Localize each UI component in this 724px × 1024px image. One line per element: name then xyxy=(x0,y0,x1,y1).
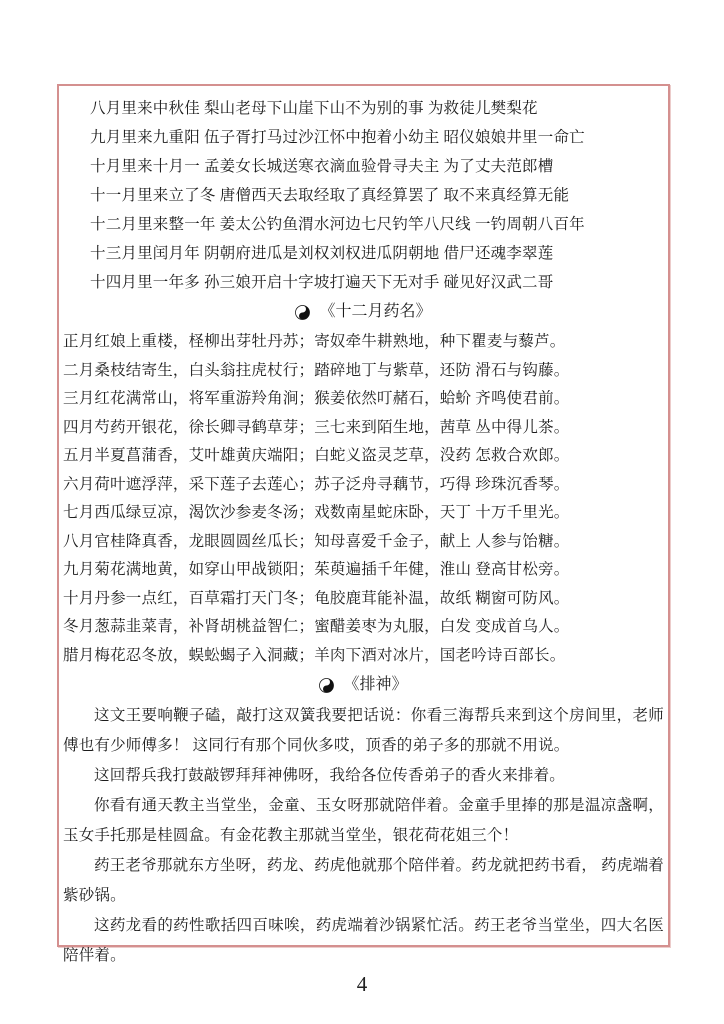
verse-line: 十三月里闰月年 阴朝府进瓜是刘权刘权进瓜阴朝地 借尸还魂李翠莲 xyxy=(63,239,664,268)
verse-line: 五月半夏菖蒲香，艾叶雄黄庆端阳；白蛇义盗灵芝草，没药 怎救合欢郎。 xyxy=(63,442,664,471)
section-title: 《排神》 xyxy=(343,673,407,697)
paragraph: 这文王要响鞭子磕，敲打这双簧我要把话说：你看三海帮兵来到这个房间里，老师傅也有少… xyxy=(63,701,664,761)
verse-line: 四月芍药开银花，徐长卿寻鹤草芽；三七来到陌生地，茜草 丛中得儿茶。 xyxy=(63,414,664,443)
document-page: 八月里来中秋佳 梨山老母下山崖下山不为别的事 为救徒儿樊梨花 九月里来九重阳 伍… xyxy=(0,0,724,1024)
verse-line: 八月里来中秋佳 梨山老母下山崖下山不为别的事 为救徒儿樊梨花 xyxy=(63,94,664,123)
verse-line: 十四月里一年多 孙三娘开启十字坡打遍天下无对手 碰见好汉武二哥 xyxy=(63,268,664,297)
medicine-verses-block: 正月红娘上重楼，柽柳出芽牡丹苏；寄奴牵牛耕熟地，种下瞿麦与藜芦。 二月桑枝结寄生… xyxy=(63,328,664,670)
verse-line: 十二月里来整一年 姜太公钓鱼渭水河边七尺钓竿八尺线 一钓周朝八百年 xyxy=(63,210,664,239)
paragraph: 药王老爷那就东方坐呀，药龙、药虎他就那个陪伴着。药龙就把药书看， 药虎端着紫砂锅… xyxy=(63,851,664,911)
section-heading-medicine: 《十二月药名》 xyxy=(63,300,664,324)
paragraph: 这药龙看的药性歌括四百味唉，药虎端着沙锅紧忙活。药王老爷当堂坐，四大名医陪伴着。 xyxy=(63,911,664,971)
page-number: 4 xyxy=(0,972,724,997)
taijitu-icon xyxy=(295,305,310,320)
verse-line: 腊月梅花忍冬放，蜈蚣蝎子入洞藏；羊肉下酒对冰片，国老吟诗百部长。 xyxy=(63,642,664,671)
section-title: 《十二月药名》 xyxy=(319,300,431,324)
verse-line: 九月里来九重阳 伍子胥打马过沙江怀中抱着小幼主 昭仪娘娘井里一命亡 xyxy=(63,123,664,152)
paragraph: 这回帮兵我打鼓敲锣拜拜神佛呀，我给各位传香弟子的香火来排着。 xyxy=(63,761,664,791)
paragraph: 你看有通天教主当堂坐，金童、玉女呀那就陪伴着。金童手里捧的那是温凉盏啊，玉女手托… xyxy=(63,791,664,851)
verse-line: 十一月里来立了冬 唐僧西天去取经取了真经算罢了 取不来真经算无能 xyxy=(63,181,664,210)
verse-line: 八月官桂降真香，龙眼圆圆丝瓜长；知母喜爱千金子，献上 人参与饴糖。 xyxy=(63,528,664,557)
month-verses-block: 八月里来中秋佳 梨山老母下山崖下山不为别的事 为救徒儿樊梨花 九月里来九重阳 伍… xyxy=(63,94,664,297)
verse-line: 六月荷叶遮浮萍，采下莲子去莲心；苏子泛舟寻藕节，巧得 珍珠沉香琴。 xyxy=(63,471,664,500)
paishen-paragraphs-block: 这文王要响鞭子磕，敲打这双簧我要把话说：你看三海帮兵来到这个房间里，老师傅也有少… xyxy=(63,701,664,971)
verse-line: 二月桑枝结寄生，白头翁拄虎杖行；踏碎地丁与紫草，还防 滑石与钩藤。 xyxy=(63,357,664,386)
verse-line: 正月红娘上重楼，柽柳出芽牡丹苏；寄奴牵牛耕熟地，种下瞿麦与藜芦。 xyxy=(63,328,664,357)
verse-line: 十月里来十月一 孟姜女长城送寒衣滴血验骨寻夫主 为了丈夫范郎槽 xyxy=(63,152,664,181)
verse-line: 冬月葱蒜韭菜青，补肾胡桃益智仁；蜜醋姜枣为丸服，白发 变成首乌人。 xyxy=(63,613,664,642)
section-heading-paishen: 《排神》 xyxy=(63,673,664,697)
page-border-frame: 八月里来中秋佳 梨山老母下山崖下山不为别的事 为救徒儿樊梨花 九月里来九重阳 伍… xyxy=(57,84,670,947)
verse-line: 三月红花满常山，将军重游羚角涧；猴姜依然叮赭石，蛤蚧 齐鸣使君前。 xyxy=(63,385,664,414)
taijitu-icon xyxy=(319,678,334,693)
verse-line: 十月丹参一点红，百草霜打天门冬；龟胶鹿茸能补温，故纸 糊窗可防风。 xyxy=(63,585,664,614)
verse-line: 九月菊花满地黄，如穿山甲战锁阳；茱萸遍插千年健，淮山 登高甘松旁。 xyxy=(63,556,664,585)
verse-line: 七月西瓜绿豆凉，渴饮沙参麦冬汤；戏数南星蛇床卧，天丁 十万千里光。 xyxy=(63,499,664,528)
